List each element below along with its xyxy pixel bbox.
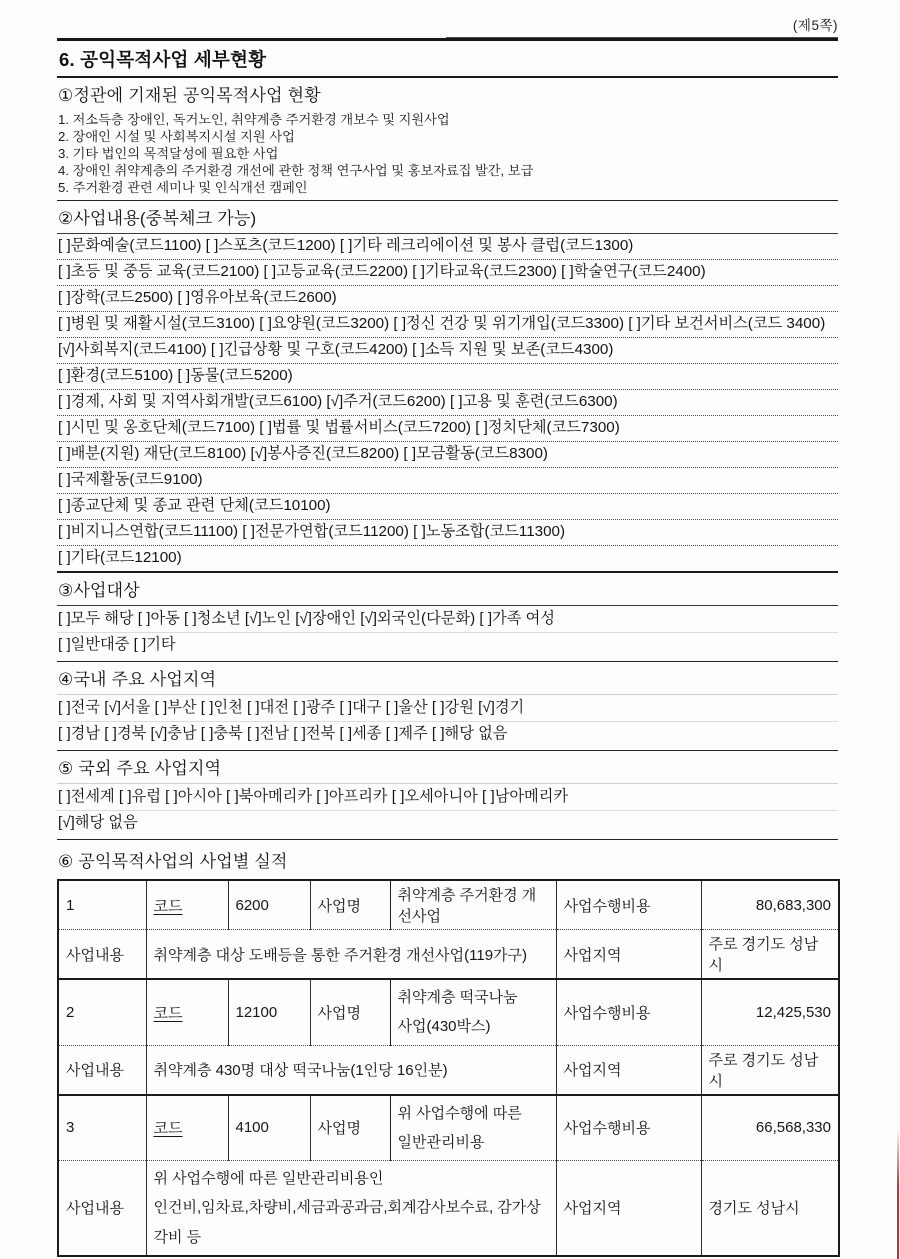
business-content-line: [ ]병원 및 재활시설(코드3100) [ ]요양원(코드3200) [ ]정… — [57, 312, 838, 338]
code-value: 4100 — [228, 1095, 310, 1161]
business-content-line: [ ]비지니스연합(코드11100) [ ]전문가연합(코드11200) [ ]… — [57, 520, 838, 546]
cost-label: 사업수행비용 — [556, 979, 701, 1045]
scanned-document-page: (제5쪽) 6. 공익목적사업 세부현황 ①정관에 기재된 공익목적사업 현황 … — [0, 0, 900, 1259]
target-checkbox-list: [ ]모두 해당 [ ]아동 [ ]청소년 [√]노인 [√]장애인 [√]외국… — [57, 606, 838, 661]
project-number: 3 — [58, 1095, 146, 1161]
region-label: 사업지역 — [556, 930, 701, 980]
section-business-targets: ③사업대상 [ ]모두 해당 [ ]아동 [ ]청소년 [√]노인 [√]장애인… — [57, 571, 838, 661]
project-number: 1 — [58, 880, 146, 930]
code-value: 12100 — [228, 979, 310, 1045]
project-main-row: 1코드6200사업명취약계층 주거환경 개선사업사업수행비용80,683,300 — [58, 880, 839, 930]
project-main-row: 2코드12100사업명취약계층 떡국나눔사업(430박스)사업수행비용12,42… — [58, 979, 839, 1045]
business-content-line: [ ]종교단체 및 종교 관련 단체(코드10100) — [57, 494, 838, 520]
business-content-line: [ ]국제활동(코드9100) — [57, 468, 838, 494]
overseas-region-line: [√]해당 없음 — [57, 810, 838, 836]
section2-heading: ②사업내용(중복체크 가능) — [57, 201, 838, 234]
region-value: 주로 경기도 성남시 — [701, 930, 839, 980]
charter-item: 4. 장애인 취약계층의 주거환경 개선에 관한 정책 연구사업 및 홍보자료집… — [58, 162, 837, 179]
project-detail-row: 사업내용취약계층 대상 도배등을 통한 주거환경 개선사업(119가구)사업지역… — [58, 930, 839, 980]
project-detail-row: 사업내용위 사업수행에 따른 일반관리비용인인건비,임차료,차량비,세금과공과금… — [58, 1161, 839, 1256]
content-label: 사업내용 — [58, 1045, 146, 1095]
business-content-line: [ ]초등 및 중등 교육(코드2100) [ ]고등교육(코드2200) [ … — [57, 260, 838, 286]
code-value: 6200 — [228, 880, 310, 930]
section-domestic-regions: ④국내 주요 사업지역 [ ]전국 [√]서울 [ ]부산 [ ]인천 [ ]대… — [57, 661, 838, 750]
page-title: 6. 공익목적사업 세부현황 — [59, 46, 836, 72]
cost-value: 80,683,300 — [701, 880, 839, 930]
content-label: 사업내용 — [58, 1161, 146, 1256]
domestic-region-line: [ ]전국 [√]서울 [ ]부산 [ ]인천 [ ]대전 [ ]광주 [ ]대… — [57, 696, 838, 721]
business-content-line: [√]사회복지(코드4100) [ ]긴급상황 및 구호(코드4200) [ ]… — [57, 338, 838, 364]
charter-item: 2. 장애인 시설 및 사회복지시설 지원 사업 — [58, 128, 837, 145]
cost-label: 사업수행비용 — [556, 1095, 701, 1161]
domestic-region-line: [ ]경남 [ ]경북 [√]충남 [ ]충북 [ ]전남 [ ]전북 [ ]세… — [57, 721, 838, 747]
business-content-line: [ ]기타(코드12100) — [57, 546, 838, 571]
target-line: [ ]일반대중 [ ]기타 — [57, 632, 838, 658]
business-content-line: [ ]배분(지원) 재단(코드8100) [√]봉사증진(코드8200) [ ]… — [57, 442, 838, 468]
section-charter-businesses: ①정관에 기재된 공익목적사업 현황 1. 저소득층 장애인, 독거노인, 취약… — [57, 78, 838, 200]
cost-value: 66,568,330 — [701, 1095, 839, 1161]
target-line: [ ]모두 해당 [ ]아동 [ ]청소년 [√]노인 [√]장애인 [√]외국… — [57, 607, 838, 632]
domestic-region-checkbox-list: [ ]전국 [√]서울 [ ]부산 [ ]인천 [ ]대전 [ ]광주 [ ]대… — [57, 695, 838, 750]
charter-item: 5. 주거환경 관련 세미나 및 인식개선 캠페인 — [58, 179, 837, 196]
project-name-label: 사업명 — [310, 979, 390, 1045]
section3-heading: ③사업대상 — [57, 573, 838, 606]
region-label: 사업지역 — [556, 1045, 701, 1095]
content-value: 취약계층 430명 대상 떡국나눔(1인당 16인분) — [146, 1045, 556, 1095]
cost-value: 12,425,530 — [701, 979, 839, 1045]
region-label: 사업지역 — [556, 1161, 701, 1256]
code-label: 코드 — [146, 979, 228, 1045]
page-header: (제5쪽) — [57, 14, 838, 38]
section5-heading: ⑤ 국외 주요 사업지역 — [57, 751, 838, 784]
section4-heading: ④국내 주요 사업지역 — [57, 662, 838, 695]
project-name-value: 위 사업수행에 따른일반관리비용 — [390, 1095, 556, 1161]
business-results-table: 1코드6200사업명취약계층 주거환경 개선사업사업수행비용80,683,300… — [57, 879, 840, 1257]
project-name-value: 취약계층 떡국나눔사업(430박스) — [390, 979, 556, 1045]
content-value: 위 사업수행에 따른 일반관리비용인인건비,임차료,차량비,세금과공과금,회계감… — [146, 1161, 556, 1256]
scan-line-artifact — [446, 37, 838, 38]
cost-label: 사업수행비용 — [556, 880, 701, 930]
title-bar: 6. 공익목적사업 세부현황 — [57, 38, 838, 78]
project-name-label: 사업명 — [310, 880, 390, 930]
section6-heading: ⑥ 공익목적사업의 사업별 실적 — [57, 844, 838, 876]
charter-item: 3. 기타 법인의 목적달성에 필요한 사업 — [58, 145, 837, 162]
section-business-content: ②사업내용(중복체크 가능) [ ]문화예술(코드1100) [ ]스포츠(코드… — [57, 200, 838, 571]
business-content-line: [ ]환경(코드5100) [ ]동물(코드5200) — [57, 364, 838, 390]
project-name-value: 취약계층 주거환경 개선사업 — [390, 880, 556, 930]
business-content-line: [ ]문화예술(코드1100) [ ]스포츠(코드1200) [ ]기타 레크리… — [57, 234, 838, 260]
overseas-region-line: [ ]전세계 [ ]유럽 [ ]아시아 [ ]북아메리카 [ ]아프리카 [ ]… — [57, 785, 838, 810]
section1-heading: ①정관에 기재된 공익목적사업 현황 — [57, 78, 838, 110]
region-value: 경기도 성남시 — [701, 1161, 839, 1256]
page-number: (제5쪽) — [793, 18, 838, 33]
overseas-region-checkbox-list: [ ]전세계 [ ]유럽 [ ]아시아 [ ]북아메리카 [ ]아프리카 [ ]… — [57, 784, 838, 839]
project-main-row: 3코드4100사업명위 사업수행에 따른일반관리비용사업수행비용66,568,3… — [58, 1095, 839, 1161]
section-business-results: ⑥ 공익목적사업의 사업별 실적 1코드6200사업명취약계층 주거환경 개선사… — [57, 839, 838, 1257]
section-overseas-regions: ⑤ 국외 주요 사업지역 [ ]전세계 [ ]유럽 [ ]아시아 [ ]북아메리… — [57, 750, 838, 839]
charter-item: 1. 저소득층 장애인, 독거노인, 취약계층 주거환경 개보수 및 지원사업 — [58, 111, 837, 128]
charter-item-list: 1. 저소득층 장애인, 독거노인, 취약계층 주거환경 개보수 및 지원사업2… — [57, 110, 838, 200]
business-content-line: [ ]장학(코드2500) [ ]영유아보육(코드2600) — [57, 286, 838, 312]
content-value: 취약계층 대상 도배등을 통한 주거환경 개선사업(119가구) — [146, 930, 556, 980]
region-value: 주로 경기도 성남시 — [701, 1045, 839, 1095]
business-content-line: [ ]경제, 사회 및 지역사회개발(코드6100) [√]주거(코드6200)… — [57, 390, 838, 416]
code-label: 코드 — [146, 880, 228, 930]
scanner-edge-artifact — [897, 1128, 899, 1259]
content-label: 사업내용 — [58, 930, 146, 980]
business-content-line: [ ]시민 및 옹호단체(코드7100) [ ]법률 및 법률서비스(코드720… — [57, 416, 838, 442]
project-number: 2 — [58, 979, 146, 1045]
business-content-checkbox-list: [ ]문화예술(코드1100) [ ]스포츠(코드1200) [ ]기타 레크리… — [57, 234, 838, 571]
code-label: 코드 — [146, 1095, 228, 1161]
project-detail-row: 사업내용취약계층 430명 대상 떡국나눔(1인당 16인분)사업지역주로 경기… — [58, 1045, 839, 1095]
project-name-label: 사업명 — [310, 1095, 390, 1161]
